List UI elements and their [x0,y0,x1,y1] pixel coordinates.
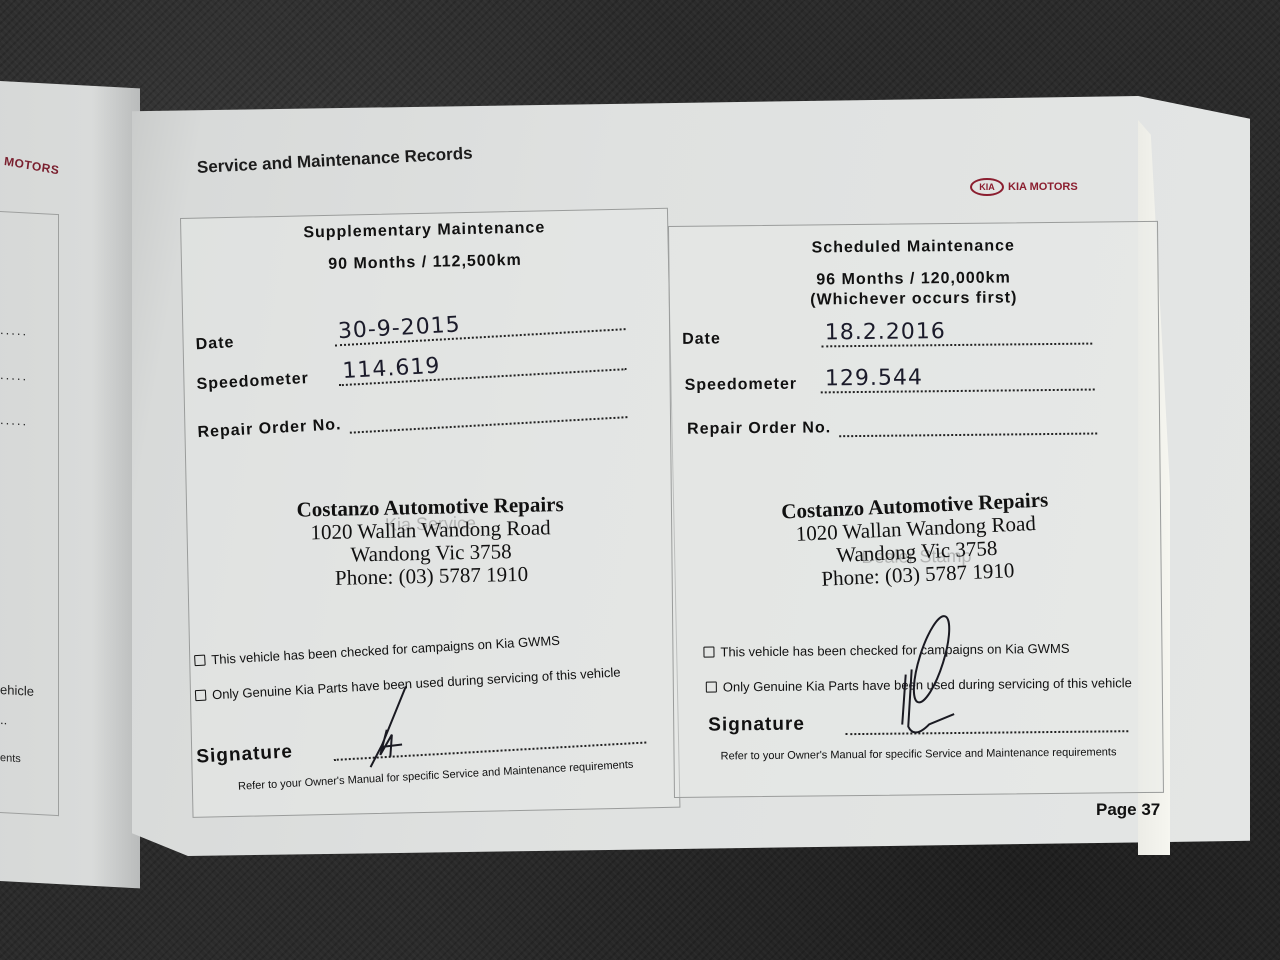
record-heading: Supplementary Maintenance [181,217,667,245]
left-fragment-ents: ents [0,752,21,765]
checkbox-icon[interactable] [195,690,207,702]
left-page: MOTORS ..... ..... ..... ehicle .. ents [0,80,140,888]
repair-order-field[interactable] [839,432,1097,438]
brand-name: KIA MOTORS [1008,181,1078,193]
date-row: Date 30-9-2015 [195,312,625,354]
checkbox-icon[interactable] [703,647,714,658]
signature-label: Signature [196,741,294,768]
left-record-card: ..... ..... ..... ehicle .. ents [0,210,59,816]
date-field[interactable]: 30-9-2015 [335,327,626,346]
checkbox-gwms[interactable]: This vehicle has been checked for campai… [194,633,560,668]
left-dots-2: ..... [0,367,28,383]
speedometer-label: Speedometer [685,376,798,395]
date-label: Date [195,334,235,354]
signature-scribble-icon [883,614,964,745]
left-dots-3: ..... [0,412,28,428]
left-brand-text: MOTORS [3,154,60,177]
speedometer-label: Speedometer [196,370,309,394]
date-value: 30-9-2015 [337,312,461,344]
record-heading: Scheduled Maintenance [669,236,1157,259]
checkbox-label: This vehicle has been checked for campai… [211,633,560,667]
repair-order-row: Repair Order No. [687,417,1097,439]
date-row: Date 18.2.2016 [682,327,1092,349]
signature-label: Signature [708,714,805,737]
signature-scribble-icon [361,684,423,775]
speedometer-field[interactable]: 129.544 [821,388,1095,394]
dealer-stamp: Costanzo Automotive Repairs 1020 Wallan … [670,483,1162,597]
record-qualifier: (Whichever occurs first) [670,288,1158,311]
dealer-stamp: Costanzo Automotive Repairs 1020 Wallan … [187,491,675,593]
owners-manual-note: Refer to your Owner's Manual for specifi… [674,746,1162,763]
record-card-supplementary: Supplementary Maintenance 90 Months / 11… [180,208,680,818]
repair-order-label: Repair Order No. [687,419,831,439]
kia-motors-logo: KIA KIA MOTORS [970,178,1078,196]
repair-order-field[interactable] [350,415,628,434]
repair-order-label: Repair Order No. [197,416,342,442]
left-fragment-dots: .. [0,712,7,727]
speedometer-value: 129.544 [825,365,923,391]
date-field[interactable]: 18.2.2016 [821,342,1092,348]
record-interval: 96 Months / 120,000km [669,268,1157,291]
checkbox-icon[interactable] [706,682,717,693]
speedometer-row: Speedometer 114.619 [196,352,626,394]
checkbox-icon[interactable] [194,655,206,667]
left-dots-1: ..... [0,322,28,338]
repair-order-row: Repair Order No. [197,400,627,442]
left-fragment-vehicle: ehicle [0,682,34,699]
record-interval: 90 Months / 112,500km [182,249,668,277]
date-label: Date [682,330,721,348]
record-card-scheduled: Scheduled Maintenance 96 Months / 120,00… [668,221,1164,798]
speedometer-field[interactable]: 114.619 [339,367,626,386]
speedometer-value: 114.619 [342,354,441,384]
date-value: 18.2.2016 [825,319,946,345]
kia-logo-icon: KIA [970,178,1004,196]
page-number: Page 37 [1096,800,1160,820]
speedometer-row: Speedometer 129.544 [685,373,1095,395]
